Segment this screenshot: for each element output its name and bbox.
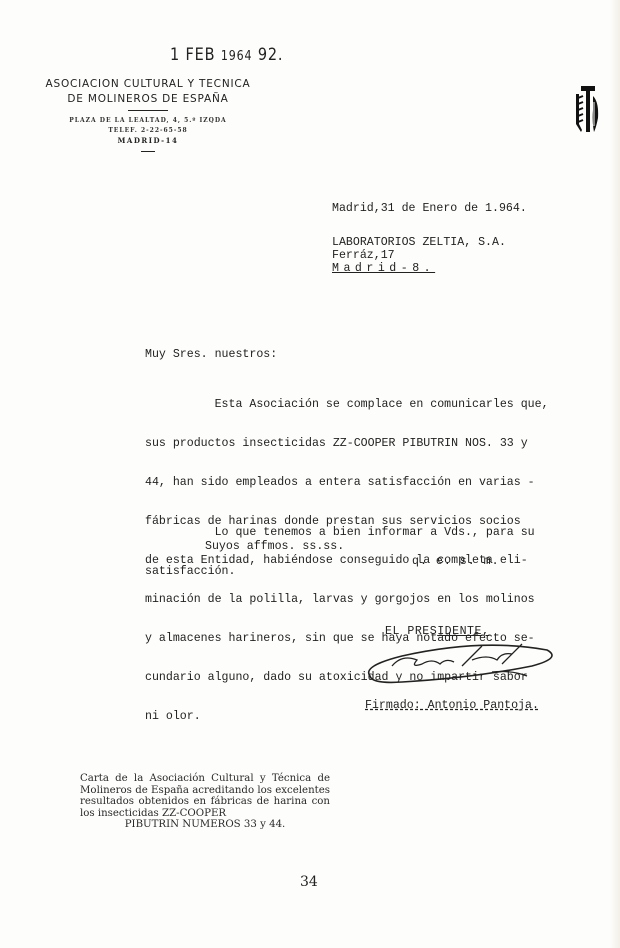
letterhead-divider-short [141,151,155,152]
letterhead-org-line1: ASOCIACION CULTURAL Y TECNICA [28,77,268,92]
page-number: 34 [300,874,318,890]
letterhead-org-line2: DE MOLINEROS DE ESPAÑA [28,92,268,107]
paragraph-line: 44, han sido empleados a entera satisfac… [145,476,605,489]
paragraph-line: Esta Asociación se complace en comunicar… [145,398,605,411]
recipient-name: LABORATORIOS ZELTIA, S.A. [332,236,506,249]
handwritten-signature [362,636,562,686]
paragraph-line: minación de la polilla, larvas y gorgojo… [145,593,605,606]
letterhead: ASOCIACION CULTURAL Y TECNICA DE MOLINER… [28,77,268,152]
letterhead-city: MADRID-14 [28,136,268,146]
stamp-number: 92. [258,45,284,65]
salutation: Muy Sres. nuestros: [145,348,277,361]
figure-caption: Carta de la Asociación Cultural y Técnic… [80,773,330,831]
paragraph-line: Lo que tenemos a bien informar a Vds., p… [145,526,535,539]
letterhead-phone: TELEF. 2-22-65-58 [28,126,268,136]
recipient-address: LABORATORIOS ZELTIA, S.A. Ferráz,17 Madr… [332,236,506,275]
letter-qesm: q. e. s. m. [412,555,500,568]
letter-closing: Suyos affmos. ss.ss. [205,540,344,553]
caption-last-line: PIBUTRIN NUMEROS 33 y 44. [80,819,330,831]
letterhead-address: PLAZA DE LA LEALTAD, 4, 5.º IZQDA [28,116,268,126]
stamp-day-month: 1 FEB [170,45,215,65]
wheat-hammer-emblem-icon [574,82,600,140]
caption-body: Carta de la Asociación Cultural y Técnic… [80,773,330,819]
page-edge-shadow [610,0,620,948]
paragraph-line: sus productos insecticidas ZZ-COOPER PIB… [145,437,605,450]
stamp-year: 1964 [221,49,253,64]
letterhead-divider [128,110,168,111]
recipient-street: Ferráz,17 [332,249,506,262]
signed-by: Firmado: Antonio Pantoja. [365,699,539,712]
letter-date: Madrid,31 de Enero de 1.964. [332,202,527,215]
recipient-city: Madrid-8. [332,262,506,275]
received-date-stamp: 1 FEB 1964 92. [170,45,283,65]
